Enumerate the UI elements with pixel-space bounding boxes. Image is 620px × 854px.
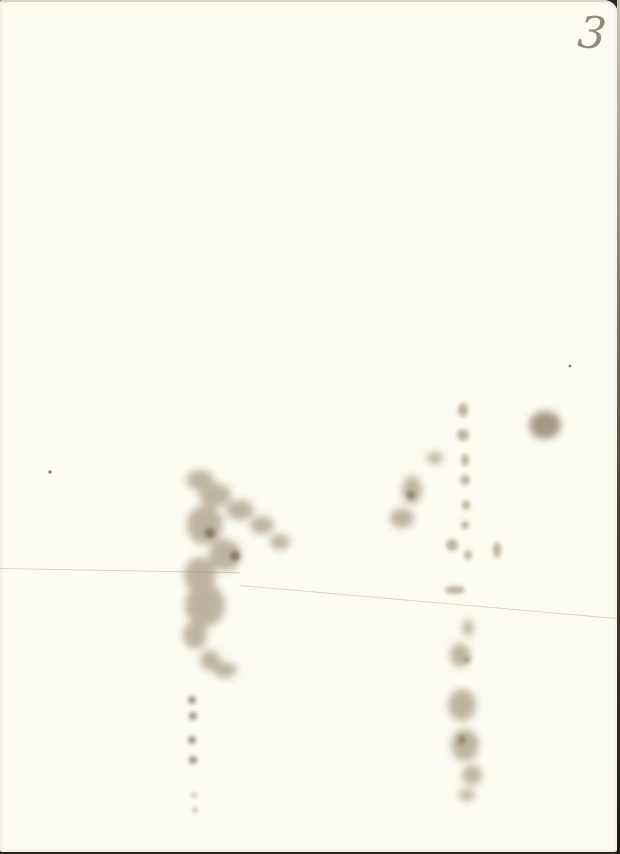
stain-marks [0, 0, 618, 852]
handwritten-number: 3 [576, 11, 608, 58]
photo-card-back: 3 [0, 0, 618, 852]
